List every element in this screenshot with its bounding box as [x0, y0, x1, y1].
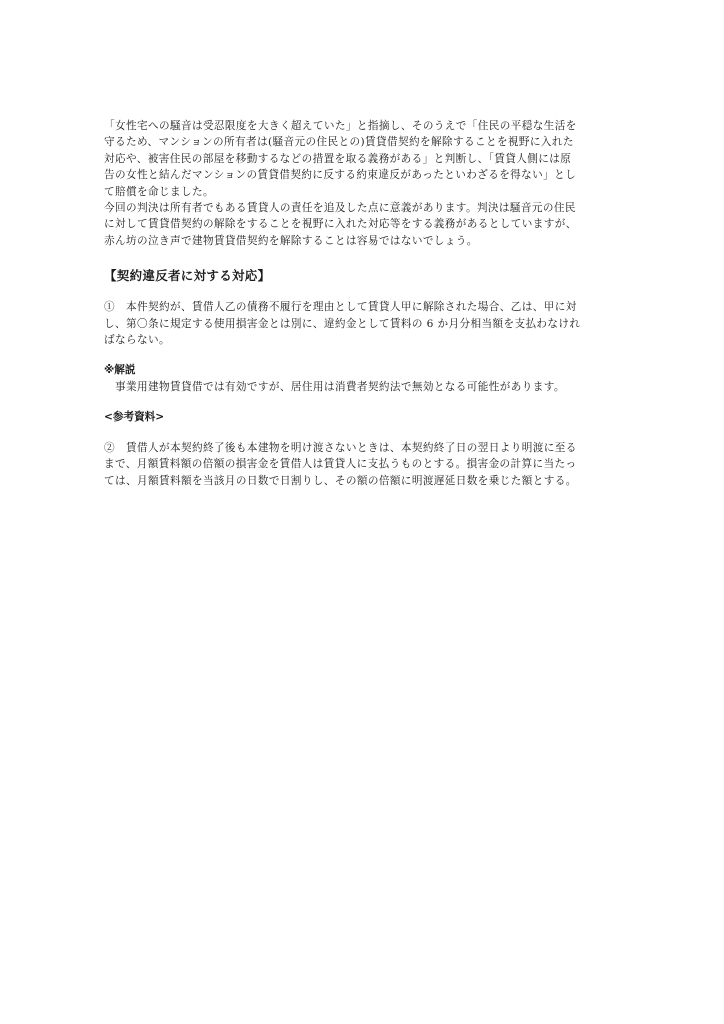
text-line: 「女性宅への騒音は受忍限度を大きく超えていた」と指摘し、そのうえで「住民の平穏な… [104, 118, 560, 134]
intro-paragraph: 「女性宅への騒音は受忍限度を大きく超えていた」と指摘し、そのうえで「住民の平穏な… [104, 118, 560, 200]
clause-2: ② 賃借人が本契約終了後も本建物を明け渡さないときは、本契約終了日の翌日より明渡… [104, 440, 560, 489]
reference-heading: <参考資料> [104, 409, 560, 425]
text-line: ① 本件契約が、賃借人乙の債務不履行を理由として賃貸人甲に解除された場合、乙は、… [104, 299, 560, 315]
text-line: ばならない。 [104, 332, 560, 348]
text-line: 今回の判決は所有者でもある賃貸人の責任を追及した点に意義があります。判決は騒音元… [104, 200, 560, 216]
explanation-text: 事業用建物賃貸借では有効ですが、居住用は消費者契約法で無効となる可能性があります… [104, 379, 560, 395]
text-line: に対して賃貸借契約の解除をすることを視野に入れた対応等をする義務があるとしていま… [104, 216, 560, 232]
spacer [104, 285, 560, 299]
explanation-label: ※解説 [104, 362, 560, 378]
text-line: 対応や、被害住民の部屋を移動するなどの措置を取る義務がある」と判断し、「賃貸人側… [104, 151, 560, 167]
text-line: て賠償を命じました。 [104, 184, 560, 200]
spacer [104, 426, 560, 440]
spacer [104, 348, 560, 362]
text-line: 赤ん坊の泣き声で建物賃貸借契約を解除することは容易ではないでしょう。 [104, 233, 560, 249]
comment-paragraph: 今回の判決は所有者でもある賃貸人の責任を追及した点に意義があります。判決は騒音元… [104, 200, 560, 249]
text-line: ② 賃借人が本契約終了後も本建物を明け渡さないときは、本契約終了日の翌日より明渡… [104, 440, 560, 456]
section-heading: 【契約違反者に対する対応】 [104, 267, 560, 285]
document-page: 「女性宅への騒音は受忍限度を大きく超えていた」と指摘し、そのうえで「住民の平穏な… [104, 118, 560, 489]
text-line: まで、月額賃料額の倍額の損害金を賃借人は賃貸人に支払うものとする。損害金の計算に… [104, 456, 560, 472]
text-line: ては、月額賃料額を当該月の日数で日割りし、その額の倍額に明渡遅延日数を乗じた額と… [104, 473, 560, 489]
text-line: し、第〇条に規定する使用損害金とは別に、違約金として賃料の 6 か月分相当額を支… [104, 316, 560, 332]
spacer [104, 249, 560, 267]
text-line: 事業用建物賃貸借では有効ですが、居住用は消費者契約法で無効となる可能性があります… [115, 379, 560, 395]
clause-1: ① 本件契約が、賃借人乙の債務不履行を理由として賃貸人甲に解除された場合、乙は、… [104, 299, 560, 348]
text-line: 告の女性と結んだマンションの賃貸借契約に反する約束違反があったといわざるを得ない… [104, 167, 560, 183]
text-line: 守るため、マンションの所有者は(騒音元の住民との)賃貸借契約を解除することを視野… [104, 134, 560, 150]
spacer [104, 395, 560, 409]
